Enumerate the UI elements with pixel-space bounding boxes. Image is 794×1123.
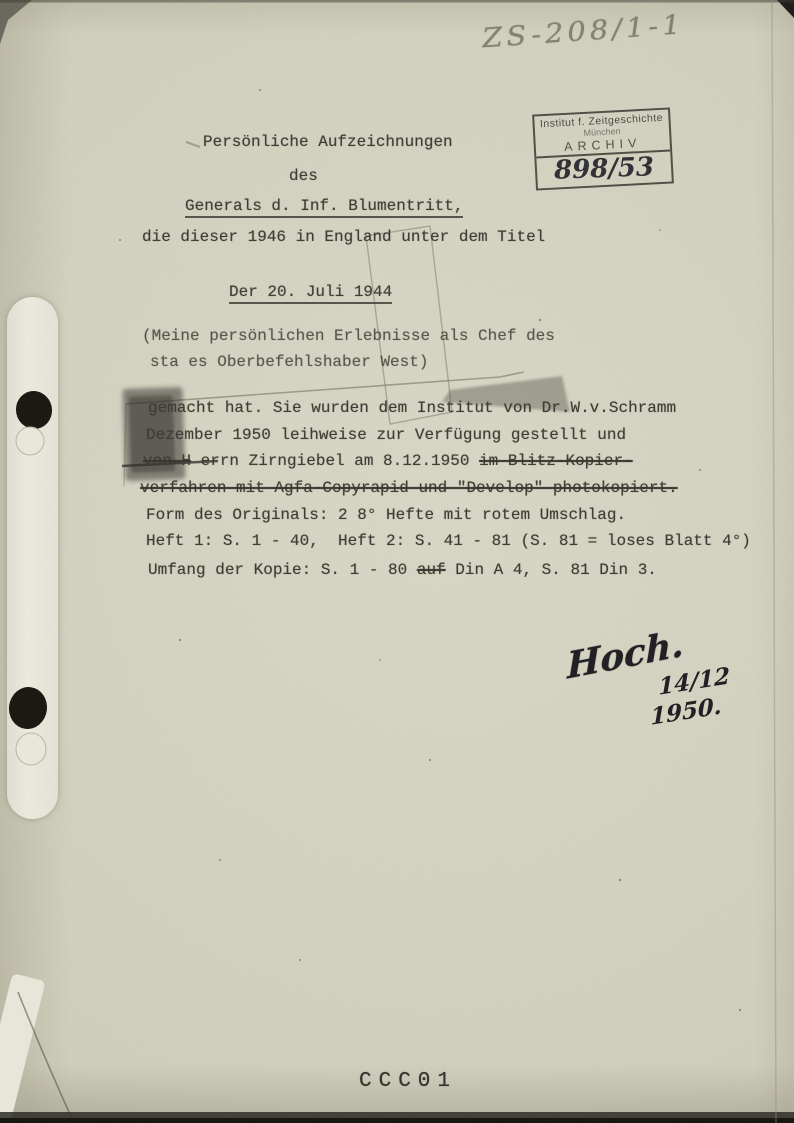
struck-text: im Blitz-Kopier- — [479, 452, 633, 470]
body-line-2: Dezember 1950 leihweise zur Verfügung ge… — [146, 426, 626, 444]
pencil-tick — [186, 142, 200, 147]
body-line-1: gemacht hat. Sie wurden dem Institut von… — [148, 399, 676, 417]
heading-line-2: des — [289, 167, 318, 185]
page-number-stamp: CCC01 — [359, 1070, 457, 1093]
archive-stamp: Institut f. Zeitgeschichte München ARCHI… — [532, 107, 674, 190]
body-line-5: Form des Originals: 2 8° Hefte mit rotem… — [146, 506, 626, 524]
corner-dark-top-left — [0, 0, 32, 44]
body-text: errn Zirngiebel am 8.12.1950 — [191, 452, 479, 470]
subtitle-line-1: (Meine persönlichen Erlebnisse als Chef … — [142, 327, 555, 345]
struck-text: auf — [417, 561, 446, 579]
heading-line-4: die dieser 1946 in England unter dem Tit… — [142, 228, 545, 246]
archive-stamp-text: Institut f. Zeitgeschichte München ARCHI… — [534, 110, 670, 159]
heading-line-1: Persönliche Aufzeichnungen — [203, 133, 453, 151]
scan-edge-bottom — [0, 1112, 794, 1123]
scan-edge-bottom-dark — [0, 1118, 794, 1123]
struck-text: von H — [143, 452, 191, 470]
scanned-document-page: ZS-208/1-1 Institut f. Zeitgeschichte Mü… — [0, 0, 794, 1123]
corner-dark-top-right — [777, 0, 794, 18]
subtitle-line-2: sta es Oberbefehlshaber West) — [150, 353, 428, 371]
stamp-number: 898/53 — [537, 152, 672, 187]
body-line-6: Heft 1: S. 1 - 40, Heft 2: S. 41 - 81 (S… — [146, 532, 751, 550]
page-edge-right — [772, 0, 776, 1123]
body-line-4: verfahren mit Agfa-Copyrapid und "Develo… — [140, 479, 678, 497]
body-text: Umfang der Kopie: S. 1 - 80 — [148, 561, 417, 579]
binding-strip — [7, 297, 58, 819]
scan-edge-top — [0, 0, 794, 3]
body-text: Din A 4, S. 81 Din 3. — [446, 561, 657, 579]
corner-paper-sliver — [0, 973, 46, 1123]
pencil-shelfmark: ZS-208/1-1 — [481, 8, 685, 53]
document-title: Der 20. Juli 1944 — [229, 283, 392, 304]
tape-strip — [366, 226, 452, 424]
heading-line-3: Generals d. Inf. Blumentritt, — [185, 197, 463, 218]
body-line-3: von H errn Zirngiebel am 8.12.1950 im Bl… — [143, 452, 633, 470]
body-line-7: Umfang der Kopie: S. 1 - 80 auf Din A 4,… — [148, 561, 657, 579]
